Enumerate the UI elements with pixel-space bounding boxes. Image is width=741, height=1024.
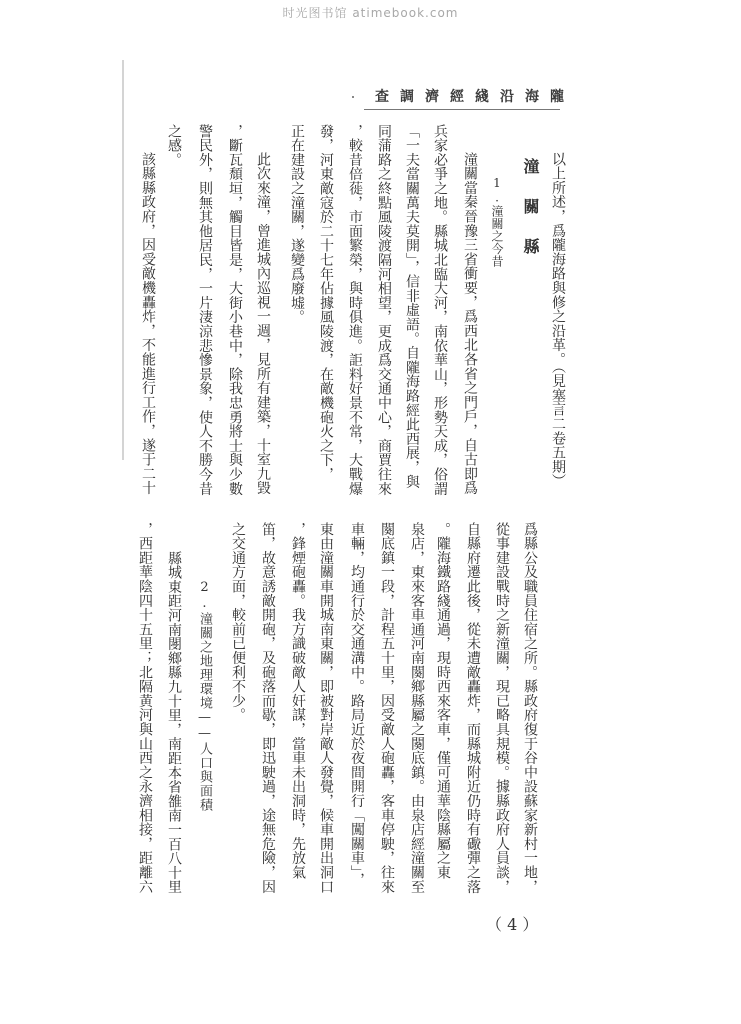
text-column: 發，河東敵寇於二十七年佔據風陵渡，在敵機砲火之下，	[318, 124, 334, 482]
text-column: 自縣府遷此後，從未遭敵轟炸，而縣城附近仍時有礮彈之落	[465, 522, 481, 894]
text-column: 泉店，東來客車通河南闋鄉縣屬之闋底鎮。由泉店經潼關至	[409, 522, 425, 894]
watermark: 时光图书馆 atimebook.com	[0, 4, 741, 21]
text-column: 潼關當秦晉豫三省衝要，爲西北各省之門戶，自古即爲	[462, 152, 478, 495]
text-column: 縣城東距河南閿鄉縣九十里，南距本省雒南一百八十里	[166, 551, 182, 894]
text-column: 笛，故意誘敵開砲，及砲落而歇，即迅駛過，途無危險，因	[260, 522, 276, 894]
page-number: （ 4 ）	[486, 912, 538, 935]
text-column: ，鋒煙砲轟。我方識破敵人奸謀，當車未出洞時，先放氣	[290, 522, 306, 880]
text-column: 警民外，則無其他居民，一片淒涼悲慘景象，使人不勝今昔	[197, 124, 213, 496]
text-column: 同蒲路之終點風陵渡隔河相望，更成爲交通中心，商賈往來	[376, 124, 392, 496]
text-column: 以上所述，爲隴海路與修之沿革。（見塞言二卷五期）	[550, 152, 566, 488]
text-column: 此次來潼，曾進城內巡視一週，見所有建築，十室九毀	[255, 152, 271, 495]
header-title: 隴海沿綫經濟調查	[375, 86, 575, 106]
text-column: 東由潼關車開城南東關，即被對岸敵人發覺，候車開出洞口	[318, 522, 334, 894]
section-heading: 1.潼關之今昔	[489, 176, 505, 268]
text-column: ，斷瓦頹垣，觸目皆是，大街小巷中，除我忠勇將士與少數	[227, 124, 243, 496]
text-column: 之交通方面，較前已便利不少。	[230, 522, 246, 722]
text-column: 。隴海鐵路綫通過，現時西來客車，僅可通華陰縣屬之東	[435, 522, 451, 880]
text-column: 從事建設戰時之新潼關，現已略具規模。據縣政府人員談，	[494, 522, 510, 894]
section-heading: 2.潼關之地理環境——人口與面積	[196, 580, 212, 812]
text-column: 正在建設之潼關，遂變爲廢墟。	[289, 124, 305, 324]
header-dot	[352, 96, 354, 98]
text-column: 車輛，均通行於交通溝中。路局近於夜間開行「闖關車」，	[349, 522, 365, 887]
text-column: 「一夫當關萬夫莫開」，信非虛語。自隴海路經此西展，與	[404, 124, 420, 489]
header-rule	[364, 109, 560, 110]
text-column: 兵家必爭之地。縣城北臨大河，南依華山，形勢天成，俗謂	[432, 124, 448, 496]
text-column: 該縣縣政府，因受敵機轟炸，不能進行工作，遂于二十	[140, 152, 156, 495]
text-column: ，西距華陰四十五里；北隔黄河與山西之永濟相接，距離六	[137, 522, 153, 894]
text-column: 之感。	[166, 124, 182, 167]
text-column: ，較昔倍蓰，市面繁榮，與時俱進。詎料好景不常，大戰爆	[347, 124, 363, 496]
text-column: 闋底鎮一段，計程五十里，因受敵人砲轟，客車停駛，往來	[379, 522, 395, 894]
county-heading: 潼關縣	[522, 158, 538, 278]
text-column: 爲縣公及職員住宿之所。縣政府復于谷中設蘇家新村一地，	[522, 522, 538, 894]
binding-shadow	[122, 60, 124, 460]
